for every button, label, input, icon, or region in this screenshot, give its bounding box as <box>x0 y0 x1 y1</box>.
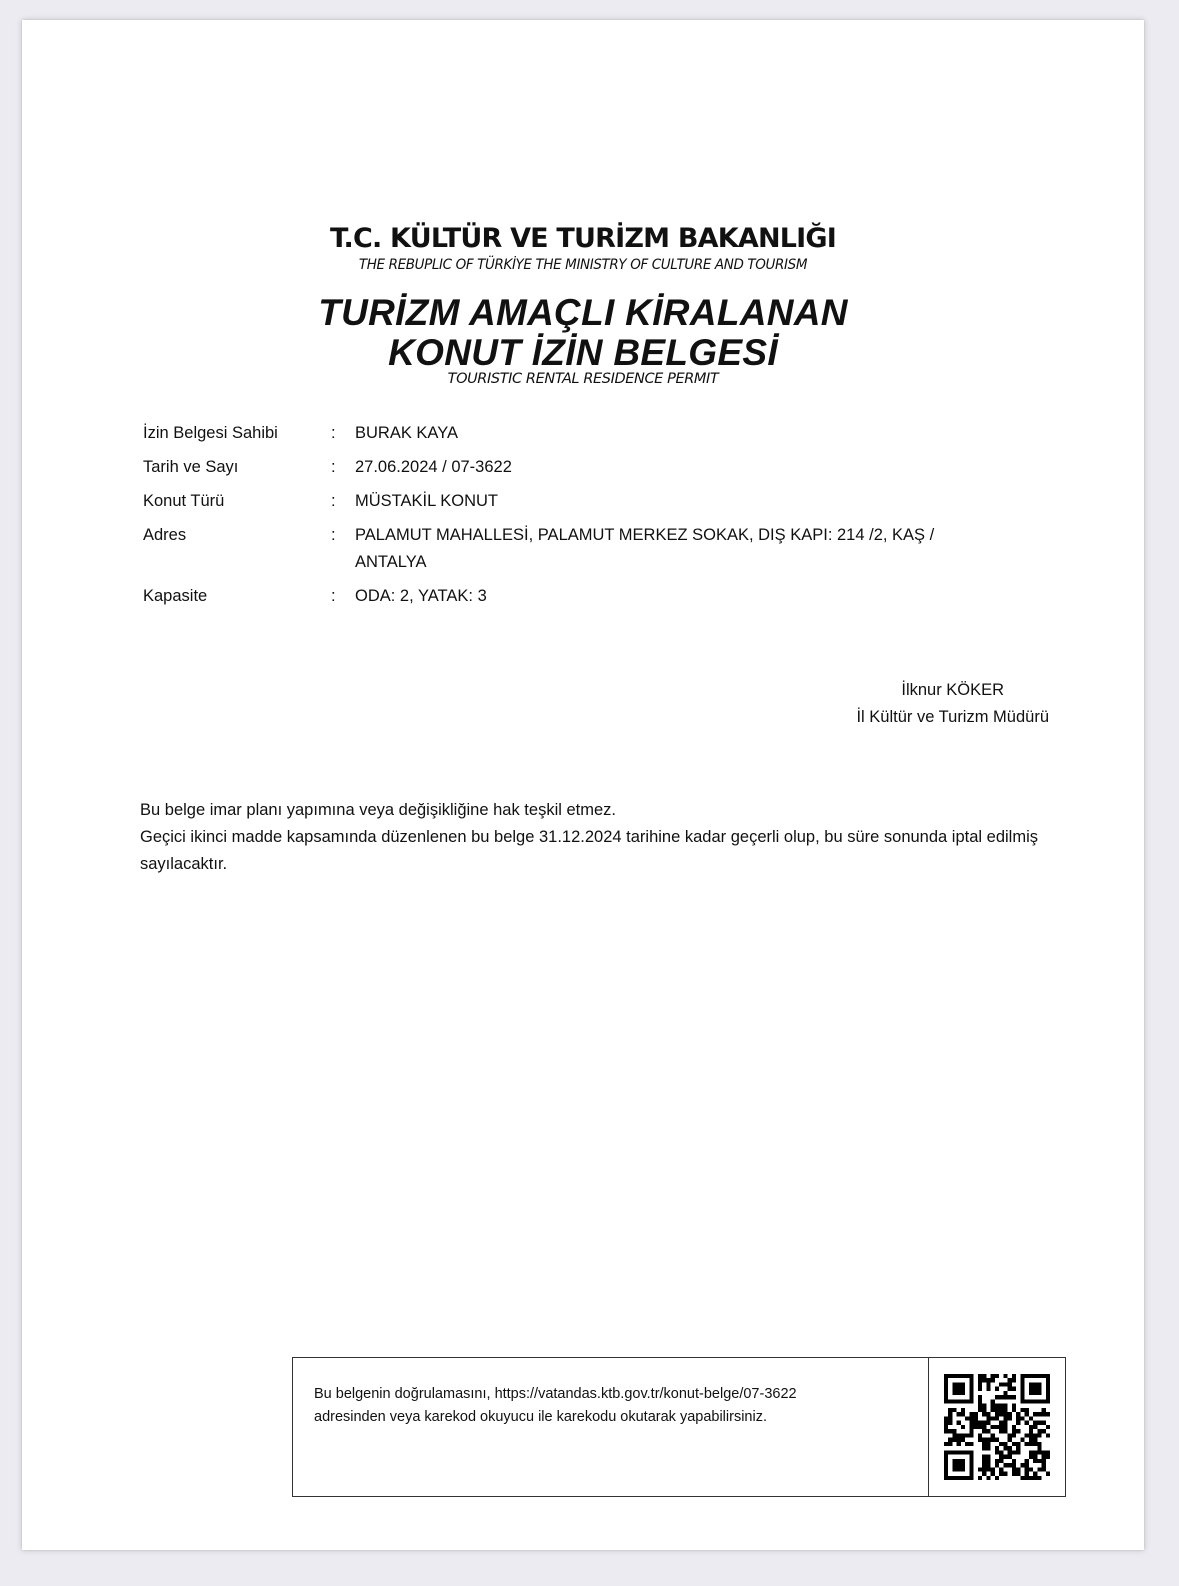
field-label: Kapasite <box>143 583 331 610</box>
qr-cell <box>928 1358 1065 1496</box>
field-label: İzin Belgesi Sahibi <box>143 420 331 447</box>
field-colon: : <box>331 583 355 610</box>
signer-title: İl Kültür ve Turizm Müdürü <box>856 704 1049 731</box>
verification-text-line2: adresinden veya karekod okuyucu ile kare… <box>314 1406 907 1429</box>
field-colon: : <box>331 522 355 549</box>
ministry-name: T.C. KÜLTÜR VE TURİZM BAKANLIĞI <box>22 223 1144 254</box>
document-title-line1: TURİZM AMAÇLI KİRALANAN <box>22 293 1144 333</box>
field-row-address: Adres : PALAMUT MAHALLESİ, PALAMUT MERKE… <box>143 522 1043 576</box>
document-title-line2: KONUT İZİN BELGESİ <box>22 333 1144 373</box>
ministry-name-english: THE REBUPLIC OF TÜRKİYE THE MINISTRY OF … <box>61 257 1104 273</box>
field-value-capacity: ODA: 2, YATAK: 3 <box>355 583 1043 610</box>
note-line: Bu belge imar planı yapımına veya değişi… <box>140 797 1080 824</box>
field-row-owner: İzin Belgesi Sahibi : BURAK KAYA <box>143 420 1043 447</box>
field-row-date-number: Tarih ve Sayı : 27.06.2024 / 07-3622 <box>143 454 1043 481</box>
qr-code-icon[interactable] <box>944 1374 1050 1480</box>
verification-text: Bu belgenin doğrulamasını, https://vatan… <box>293 1358 928 1496</box>
field-value-residence-type: MÜSTAKİL KONUT <box>355 488 1043 515</box>
field-colon: : <box>331 454 355 481</box>
document-title-english: TOURISTIC RENTAL RESIDENCE PERMIT <box>22 371 1144 387</box>
field-label: Tarih ve Sayı <box>143 454 331 481</box>
field-colon: : <box>331 488 355 515</box>
note-line: Geçici ikinci madde kapsamında düzenlene… <box>140 824 1080 878</box>
verification-box: Bu belgenin doğrulamasını, https://vatan… <box>292 1357 1066 1497</box>
signer-name: İlknur KÖKER <box>856 677 1049 704</box>
field-label: Konut Türü <box>143 488 331 515</box>
field-colon: : <box>331 420 355 447</box>
permit-fields: İzin Belgesi Sahibi : BURAK KAYA Tarih v… <box>143 420 1043 610</box>
field-value-date-number: 27.06.2024 / 07-3622 <box>355 454 1043 481</box>
legal-notes: Bu belge imar planı yapımına veya değişi… <box>140 797 1080 878</box>
document-page: T.C. KÜLTÜR VE TURİZM BAKANLIĞI THE REBU… <box>22 20 1144 1550</box>
signer-block: İlknur KÖKER İl Kültür ve Turizm Müdürü <box>856 677 1049 731</box>
field-value-address: PALAMUT MAHALLESİ, PALAMUT MERKEZ SOKAK,… <box>355 522 1005 576</box>
field-row-capacity: Kapasite : ODA: 2, YATAK: 3 <box>143 583 1043 610</box>
field-label: Adres <box>143 522 331 549</box>
field-value-owner: BURAK KAYA <box>355 420 1043 447</box>
verification-text-line1: Bu belgenin doğrulamasını, https://vatan… <box>314 1383 907 1406</box>
field-row-residence-type: Konut Türü : MÜSTAKİL KONUT <box>143 488 1043 515</box>
